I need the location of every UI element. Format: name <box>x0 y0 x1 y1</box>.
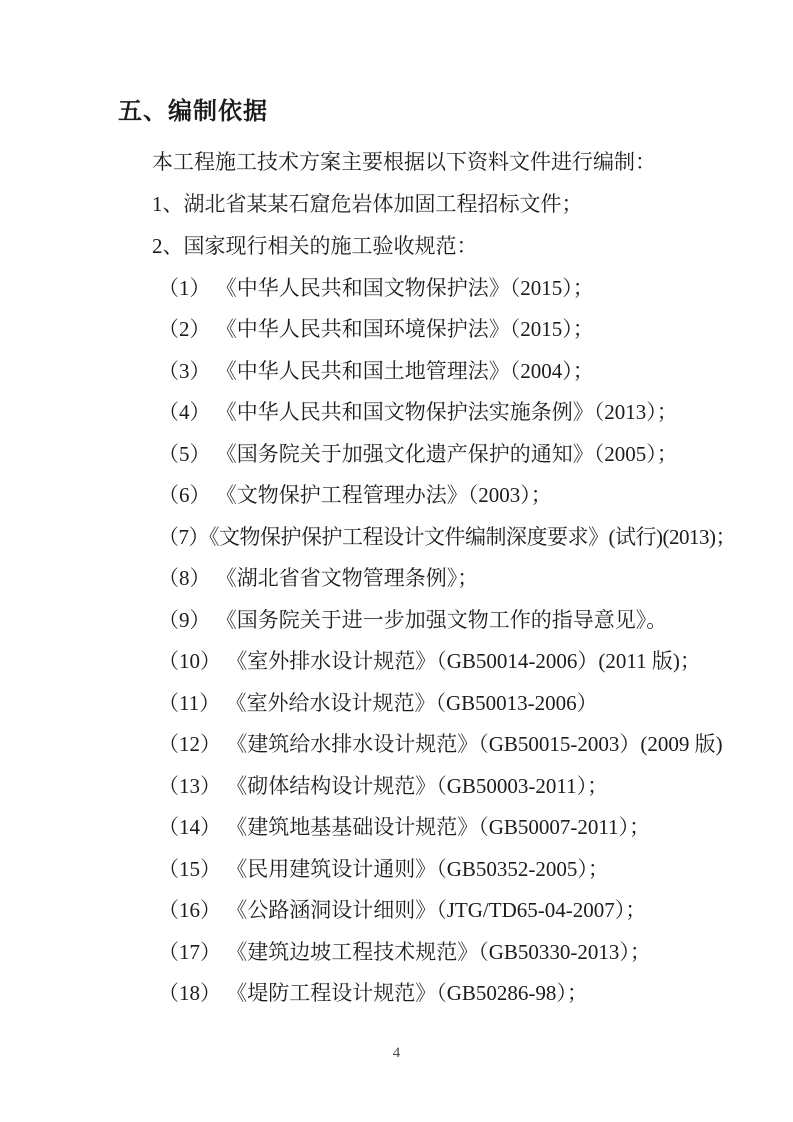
page-number: 4 <box>0 1044 793 1062</box>
regulation-item-8: （8） 《湖北省省文物管理条例》； <box>118 566 757 590</box>
regulation-item-2: （2） 《中华人民共和国环境保护法》（2015）； <box>118 317 757 341</box>
document-page: 五、编制依据 本工程施工技术方案主要根据以下资料文件进行编制： 1、湖北省某某石… <box>0 0 793 1122</box>
regulation-item-14: （14） 《建筑地基基础设计规范》（GB50007-2011）； <box>118 815 757 839</box>
regulation-item-16: （16） 《公路涵洞设计细则》（JTG/TD65-04-2007）； <box>118 898 757 922</box>
numbered-item-2: 2、国家现行相关的施工验收规范： <box>118 234 757 258</box>
regulation-item-12: （12） 《建筑给水排水设计规范》（GB50015-2003）(2009 版) <box>118 732 757 756</box>
regulation-item-18: （18） 《堤防工程设计规范》（GB50286-98）； <box>118 981 757 1005</box>
numbered-item-1: 1、湖北省某某石窟危岩体加固工程招标文件； <box>118 192 757 216</box>
regulation-item-9: （9） 《国务院关于进一步加强文物工作的指导意见》。 <box>118 608 757 632</box>
regulation-item-15: （15） 《民用建筑设计通则》（GB50352-2005）； <box>118 857 757 881</box>
section-heading: 五、编制依据 <box>118 97 757 127</box>
regulation-item-7: （7）《文物保护保护工程设计文件编制深度要求》(试行)(2013)； <box>118 525 757 549</box>
regulation-item-5: （5） 《国务院关于加强文化遗产保护的通知》（2005）； <box>118 442 757 466</box>
regulation-item-4: （4） 《中华人民共和国文物保护法实施条例》（2013）； <box>118 400 757 424</box>
regulation-item-17: （17） 《建筑边坡工程技术规范》（GB50330-2013）； <box>118 940 757 964</box>
regulation-item-10: （10） 《室外排水设计规范》（GB50014-2006）(2011 版)； <box>118 649 757 673</box>
regulation-item-11: （11） 《室外给水设计规范》（GB50013-2006） <box>118 691 757 715</box>
regulation-item-13: （13） 《砌体结构设计规范》（GB50003-2011）； <box>118 774 757 798</box>
intro-paragraph: 本工程施工技术方案主要根据以下资料文件进行编制： <box>118 150 757 174</box>
regulation-item-1: （1） 《中华人民共和国文物保护法》（2015）； <box>118 276 757 300</box>
regulation-item-3: （3） 《中华人民共和国土地管理法》（2004）； <box>118 359 757 383</box>
regulation-item-6: （6） 《文物保护工程管理办法》（2003）； <box>118 483 757 507</box>
